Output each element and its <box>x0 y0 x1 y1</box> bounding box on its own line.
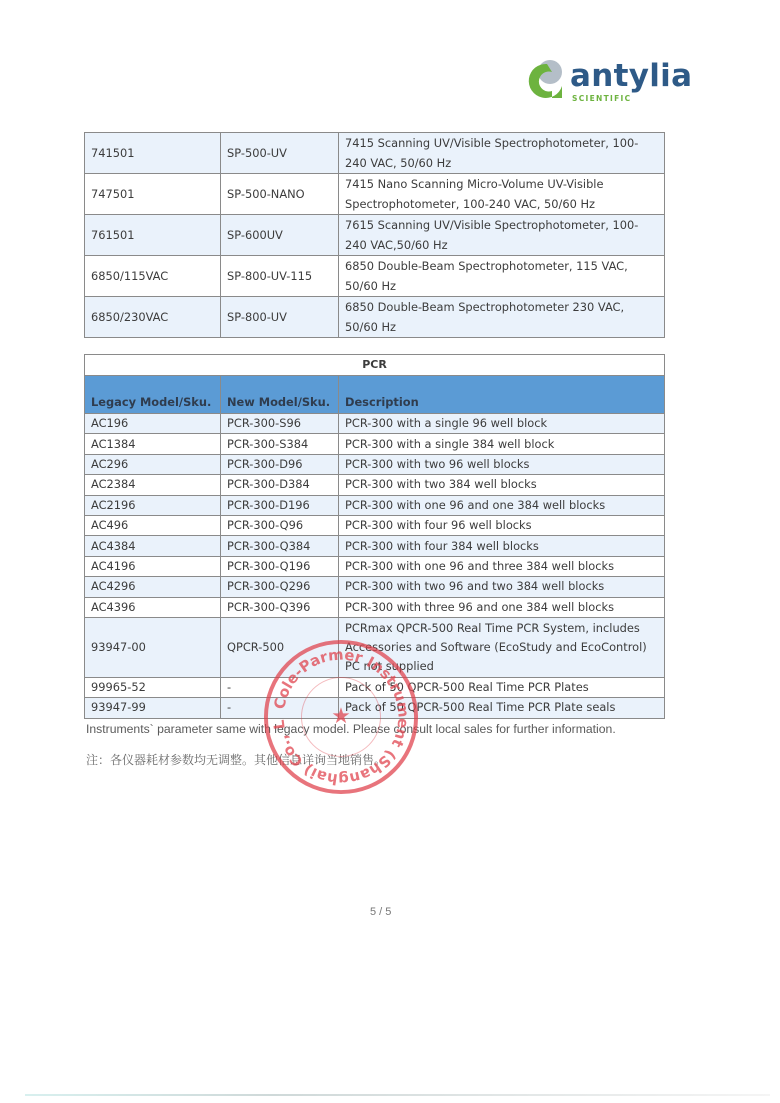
new-model-cell: QPCR-500 <box>221 617 339 677</box>
description-cell: PCR-300 with one 96 and three 384 well b… <box>339 556 665 576</box>
column-header-description: Description <box>339 376 665 414</box>
table-row: 747501SP-500-NANO7415 Nano Scanning Micr… <box>85 174 665 215</box>
legacy-model-cell: AC4196 <box>85 556 221 576</box>
new-model-cell: SP-600UV <box>221 215 339 256</box>
description-cell: PCR-300 with two 96 and two 384 well blo… <box>339 577 665 597</box>
legacy-model-cell: 741501 <box>85 133 221 174</box>
table-row: 6850/115VACSP-800-UV-1156850 Double-Beam… <box>85 256 665 297</box>
page-number: 5 / 5 <box>370 906 391 918</box>
english-note: Instruments` parameter same with legacy … <box>86 722 616 736</box>
description-cell: PCR-300 with a single 384 well block <box>339 434 665 454</box>
table-row: 93947-00QPCR-500PCRmax QPCR-500 Real Tim… <box>85 617 665 677</box>
pcr-table-header-row: Legacy Model/Sku. New Model/Sku. Descrip… <box>85 376 665 414</box>
brand-name: antylia <box>570 58 692 94</box>
new-model-cell: PCR-300-Q396 <box>221 597 339 617</box>
table-row: AC4196PCR-300-Q196PCR-300 with one 96 an… <box>85 556 665 576</box>
chinese-note: 注：各仪器耗材参数均无调整。其他信息详询当地销售。 <box>86 751 386 768</box>
legacy-model-cell: 93947-99 <box>85 698 221 718</box>
table-row: AC1384PCR-300-S384PCR-300 with a single … <box>85 434 665 454</box>
brand-subtitle: SCIENTIFIC <box>572 94 631 103</box>
description-cell: PCRmax QPCR-500 Real Time PCR System, in… <box>339 617 665 677</box>
table-row: AC4396PCR-300-Q396PCR-300 with three 96 … <box>85 597 665 617</box>
legacy-model-cell: AC4296 <box>85 577 221 597</box>
description-cell: 6850 Double-Beam Spectrophotometer 230 V… <box>339 297 665 338</box>
new-model-cell: PCR-300-Q96 <box>221 515 339 535</box>
table-row: AC4384PCR-300-Q384PCR-300 with four 384 … <box>85 536 665 556</box>
new-model-cell: PCR-300-S384 <box>221 434 339 454</box>
bottom-scan-edge <box>25 1094 770 1096</box>
legacy-model-cell: AC196 <box>85 414 221 434</box>
new-model-cell: PCR-300-Q384 <box>221 536 339 556</box>
table-row: 99965-52-Pack of 50 QPCR-500 Real Time P… <box>85 677 665 697</box>
new-model-cell: PCR-300-Q196 <box>221 556 339 576</box>
antylia-logo: antylia SCIENTIFIC <box>526 58 686 108</box>
column-header-legacy: Legacy Model/Sku. <box>85 376 221 414</box>
legacy-model-cell: AC2196 <box>85 495 221 515</box>
table-row: AC496PCR-300-Q96PCR-300 with four 96 wel… <box>85 515 665 535</box>
antylia-logo-icon <box>526 58 568 102</box>
legacy-model-cell: AC1384 <box>85 434 221 454</box>
description-cell: PCR-300 with two 384 well blocks <box>339 475 665 495</box>
legacy-model-cell: AC496 <box>85 515 221 535</box>
table-row: 6850/230VACSP-800-UV6850 Double-Beam Spe… <box>85 297 665 338</box>
legacy-model-cell: 93947-00 <box>85 617 221 677</box>
description-cell: 7415 Nano Scanning Micro-Volume UV-Visib… <box>339 174 665 215</box>
pcr-table-title: PCR <box>85 355 665 376</box>
table-row: 93947-99-Pack of 50 QPCR-500 Real Time P… <box>85 698 665 718</box>
new-model-cell: PCR-300-D384 <box>221 475 339 495</box>
legacy-model-cell: 6850/115VAC <box>85 256 221 297</box>
new-model-cell: PCR-300-D196 <box>221 495 339 515</box>
new-model-cell: SP-800-UV <box>221 297 339 338</box>
new-model-cell: SP-800-UV-115 <box>221 256 339 297</box>
description-cell: 6850 Double-Beam Spectrophotometer, 115 … <box>339 256 665 297</box>
description-cell: PCR-300 with four 96 well blocks <box>339 515 665 535</box>
new-model-cell: - <box>221 677 339 697</box>
description-cell: PCR-300 with three 96 and one 384 well b… <box>339 597 665 617</box>
legacy-model-cell: AC4396 <box>85 597 221 617</box>
description-cell: PCR-300 with two 96 well blocks <box>339 454 665 474</box>
legacy-model-cell: 747501 <box>85 174 221 215</box>
new-model-cell: PCR-300-Q296 <box>221 577 339 597</box>
pcr-table-title-row: PCR <box>85 355 665 376</box>
table-row: AC2384PCR-300-D384PCR-300 with two 384 w… <box>85 475 665 495</box>
description-cell: 7415 Scanning UV/Visible Spectrophotomet… <box>339 133 665 174</box>
legacy-model-cell: 99965-52 <box>85 677 221 697</box>
legacy-model-cell: 6850/230VAC <box>85 297 221 338</box>
description-cell: PCR-300 with a single 96 well block <box>339 414 665 434</box>
new-model-cell: SP-500-UV <box>221 133 339 174</box>
description-cell: Pack of 50 QPCR-500 Real Time PCR Plates <box>339 677 665 697</box>
table-row: AC2196PCR-300-D196PCR-300 with one 96 an… <box>85 495 665 515</box>
table-row: AC196PCR-300-S96PCR-300 with a single 96… <box>85 414 665 434</box>
legacy-model-cell: AC296 <box>85 454 221 474</box>
description-cell: Pack of 50 QPCR-500 Real Time PCR Plate … <box>339 698 665 718</box>
table-row: AC4296PCR-300-Q296PCR-300 with two 96 an… <box>85 577 665 597</box>
pcr-table: PCR Legacy Model/Sku. New Model/Sku. Des… <box>84 354 665 719</box>
spectrophotometer-table: 741501SP-500-UV7415 Scanning UV/Visible … <box>84 132 665 338</box>
table-row: 761501SP-600UV7615 Scanning UV/Visible S… <box>85 215 665 256</box>
column-header-new: New Model/Sku. <box>221 376 339 414</box>
new-model-cell: PCR-300-S96 <box>221 414 339 434</box>
legacy-model-cell: AC2384 <box>85 475 221 495</box>
description-cell: PCR-300 with four 384 well blocks <box>339 536 665 556</box>
new-model-cell: SP-500-NANO <box>221 174 339 215</box>
legacy-model-cell: 761501 <box>85 215 221 256</box>
new-model-cell: - <box>221 698 339 718</box>
description-cell: PCR-300 with one 96 and one 384 well blo… <box>339 495 665 515</box>
description-cell: 7615 Scanning UV/Visible Spectrophotomet… <box>339 215 665 256</box>
table-row: 741501SP-500-UV7415 Scanning UV/Visible … <box>85 133 665 174</box>
legacy-model-cell: AC4384 <box>85 536 221 556</box>
new-model-cell: PCR-300-D96 <box>221 454 339 474</box>
table-row: AC296PCR-300-D96PCR-300 with two 96 well… <box>85 454 665 474</box>
